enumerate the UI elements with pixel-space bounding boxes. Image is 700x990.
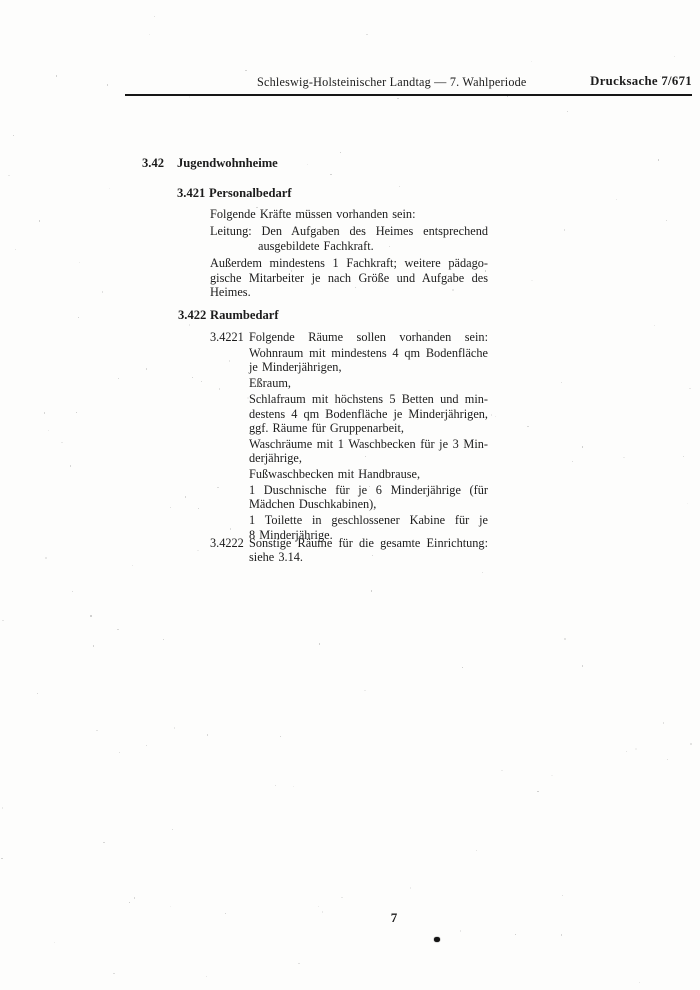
speck [54, 942, 55, 943]
speck [293, 786, 294, 787]
speck [72, 591, 73, 592]
speck [307, 164, 308, 165]
speck [531, 61, 532, 62]
paragraph: Eßraum, [249, 376, 488, 390]
speck [567, 111, 568, 112]
speck [103, 842, 105, 843]
numbered-block-text: Sonstige Räume für die gesamte Einrichtu… [249, 536, 488, 565]
speck [341, 897, 343, 898]
speck [146, 368, 147, 370]
text-line: Folgende Räume sollen vorhanden sein: [249, 330, 488, 344]
text-line: Wohnraum mit mindestens 4 qm Bodenfläche [249, 346, 488, 360]
paragraph: Fußwaschbecken mit Handbrause, [249, 467, 488, 481]
speck [280, 736, 281, 737]
speck [56, 75, 57, 77]
paragraph: 1 Duschnische für je 6 Minderjährige (fü… [249, 483, 488, 512]
speck [61, 442, 63, 443]
speck [256, 207, 258, 208]
speck [397, 98, 399, 99]
speck [527, 426, 529, 427]
speck [572, 461, 573, 462]
speck [623, 457, 625, 458]
speck [318, 906, 319, 907]
speck [70, 465, 71, 467]
text-line: Außerdem mindestens 1 Fachkraft; weitere… [210, 256, 488, 270]
speck [667, 759, 668, 760]
numbered-block-text: Folgende Räume sollen vorhanden sein:Woh… [249, 330, 488, 542]
speck [501, 770, 503, 771]
section-title: Personalbedarf [209, 186, 292, 201]
speck [44, 412, 45, 414]
speck [13, 135, 14, 136]
document-page: Schleswig-Holsteinischer Landtag — 7. Wa… [0, 0, 700, 990]
speck [690, 743, 692, 745]
speck [364, 690, 366, 691]
paragraph: Außerdem mindestens 1 Fachkraft; weitere… [210, 256, 488, 299]
numbered-block: 3.4222Sonstige Räume für die gesamte Ein… [210, 536, 488, 565]
speck [163, 639, 164, 640]
speck [321, 370, 323, 372]
speck [113, 973, 115, 974]
speck [291, 270, 292, 272]
speck [319, 643, 320, 645]
section-number: 3.4221 [210, 330, 244, 344]
speck [37, 693, 38, 694]
speck [132, 565, 133, 566]
speck [225, 913, 226, 914]
speck [582, 665, 583, 667]
paragraph-block: Folgende Kräfte müssen vorhanden sein:Le… [210, 207, 488, 299]
speck [90, 615, 92, 617]
speck [129, 902, 130, 903]
speck [365, 456, 366, 457]
paragraph: Sonstige Räume für die gesamte Einrichtu… [249, 536, 488, 565]
ink-dot-artifact [434, 937, 440, 942]
speck [306, 431, 307, 432]
text-line: destens 4 qm Bodenfläche je Minderjährig… [249, 407, 488, 421]
section-heading: 3.422Raumbedarf [178, 308, 279, 323]
section-number: 3.42 [142, 156, 177, 171]
speck [76, 412, 77, 413]
speck [582, 446, 583, 448]
text-line: Folgende Kräfte müssen vorhanden sein: [210, 207, 488, 221]
speck [355, 287, 356, 288]
speck [537, 791, 539, 792]
speck [170, 906, 171, 907]
speck [635, 748, 637, 750]
speck [189, 324, 190, 326]
speck [117, 629, 119, 630]
text-line: Leitung: Den Aufgaben des Heimes entspre… [210, 224, 488, 238]
header-document-number: Drucksache 7/671 [590, 74, 692, 89]
speck [531, 280, 533, 281]
speck [78, 317, 79, 318]
paragraph: Folgende Kräfte müssen vorhanden sein: [210, 207, 488, 221]
speck [428, 330, 430, 331]
paragraph: Wohnraum mit mindestens 4 qm Bodenfläche… [249, 346, 488, 375]
speck [663, 722, 664, 724]
speck [616, 199, 617, 200]
speck [476, 263, 477, 264]
speck [15, 249, 16, 250]
speck [626, 751, 627, 752]
header-title: Schleswig-Holsteinischer Landtag — 7. Wa… [257, 75, 527, 90]
speck [119, 752, 120, 753]
text-line: Eßraum, [249, 376, 488, 390]
speck [230, 528, 231, 530]
speck [372, 555, 373, 556]
speck [146, 745, 147, 746]
speck [197, 550, 199, 551]
speck [1, 858, 3, 859]
speck [330, 174, 332, 175]
speck [206, 976, 207, 977]
numbered-block: 3.4221Folgende Räume sollen vorhanden se… [210, 330, 488, 542]
speck [229, 360, 230, 362]
speck [410, 887, 411, 889]
speck [371, 590, 372, 592]
speck [154, 16, 155, 17]
speck [564, 229, 565, 231]
text-line: Waschräume mit 1 Waschbecken für je 3 Mi… [249, 437, 488, 451]
speck [666, 220, 667, 221]
text-line: siehe 3.14. [249, 550, 488, 564]
speck [507, 96, 508, 97]
speck [170, 507, 171, 508]
speck [250, 437, 251, 438]
speck [2, 807, 3, 809]
speck [491, 414, 492, 416]
speck [8, 175, 10, 176]
speck [687, 503, 688, 504]
speck [495, 416, 496, 417]
speck [192, 377, 193, 378]
speck [107, 84, 108, 86]
speck [298, 963, 300, 964]
speck [238, 161, 240, 163]
page-number: 7 [384, 910, 404, 926]
section-number: 3.4222 [210, 536, 244, 550]
section-number: 3.422 [178, 308, 210, 323]
speck [118, 378, 119, 379]
text-line: Sonstige Räume für die gesamte Einrichtu… [249, 536, 488, 550]
speck [658, 159, 659, 161]
speck [369, 486, 370, 487]
speck [482, 572, 483, 573]
text-line: ausgebildete Fachkraft. [210, 239, 488, 253]
text-line: Fußwaschbecken mit Handbrause, [249, 467, 488, 481]
speck [102, 291, 103, 293]
section-heading: 3.421Personalbedarf [177, 186, 292, 201]
speck [39, 220, 40, 222]
speck [399, 186, 400, 187]
section-heading: 3.42Jugendwohnheime [142, 156, 278, 171]
paragraph: Schlafraum mit höchstens 5 Betten und mi… [249, 392, 488, 435]
speck [219, 388, 220, 390]
text-line: je Minderjährigen, [249, 360, 488, 374]
speck [217, 487, 219, 488]
paragraph: Folgende Räume sollen vorhanden sein: [249, 330, 488, 344]
speck [476, 850, 477, 851]
paragraph: Waschräume mit 1 Waschbecken für je 3 Mi… [249, 437, 488, 466]
speck [201, 381, 202, 382]
speck [485, 270, 486, 272]
paragraph: Leitung: Den Aufgaben des Heimes entspre… [210, 224, 488, 253]
speck [515, 934, 516, 935]
speck [45, 557, 47, 559]
speck [189, 96, 190, 98]
header-rule [125, 94, 692, 96]
speck [462, 667, 463, 668]
speck [185, 496, 186, 498]
speck [366, 34, 368, 35]
speck [452, 289, 454, 291]
text-line: Heimes. [210, 285, 488, 299]
speck [48, 430, 49, 431]
speck [564, 638, 566, 640]
speck [247, 397, 249, 399]
speck [198, 508, 199, 509]
text-line: ggf. Räume für Gruppenarbeit, [249, 421, 488, 435]
speck [322, 911, 323, 913]
speck [149, 34, 150, 35]
speck [275, 785, 276, 786]
speck [109, 188, 110, 189]
speck [561, 934, 562, 936]
text-line: 1 Toilette in geschlossener Kabine für j… [249, 513, 488, 527]
section-number: 3.421 [177, 186, 209, 201]
speck [561, 382, 562, 383]
speck [562, 895, 563, 896]
speck [93, 645, 94, 647]
speck [551, 775, 553, 776]
speck [96, 730, 98, 731]
speck [460, 930, 461, 932]
speck [245, 70, 247, 71]
speck [639, 982, 640, 983]
speck [442, 336, 443, 337]
speck [2, 620, 4, 621]
speck [134, 897, 135, 899]
speck [172, 829, 173, 830]
speck [674, 56, 675, 57]
speck [654, 325, 655, 326]
section-title: Jugendwohnheime [177, 156, 278, 171]
speck [79, 262, 80, 263]
speck [660, 76, 661, 77]
text-line: Mädchen Duschkabinen), [249, 497, 488, 511]
speck [389, 246, 390, 247]
speck [174, 727, 175, 729]
speck [340, 152, 341, 153]
text-line: Schlafraum mit höchstens 5 Betten und mi… [249, 392, 488, 406]
speck [207, 734, 208, 736]
text-line: gische Mitarbeiter je nach Größe und Auf… [210, 271, 488, 285]
section-title: Raumbedarf [210, 308, 279, 323]
speck [683, 456, 684, 457]
speck [689, 388, 691, 389]
text-line: derjährige, [249, 451, 488, 465]
